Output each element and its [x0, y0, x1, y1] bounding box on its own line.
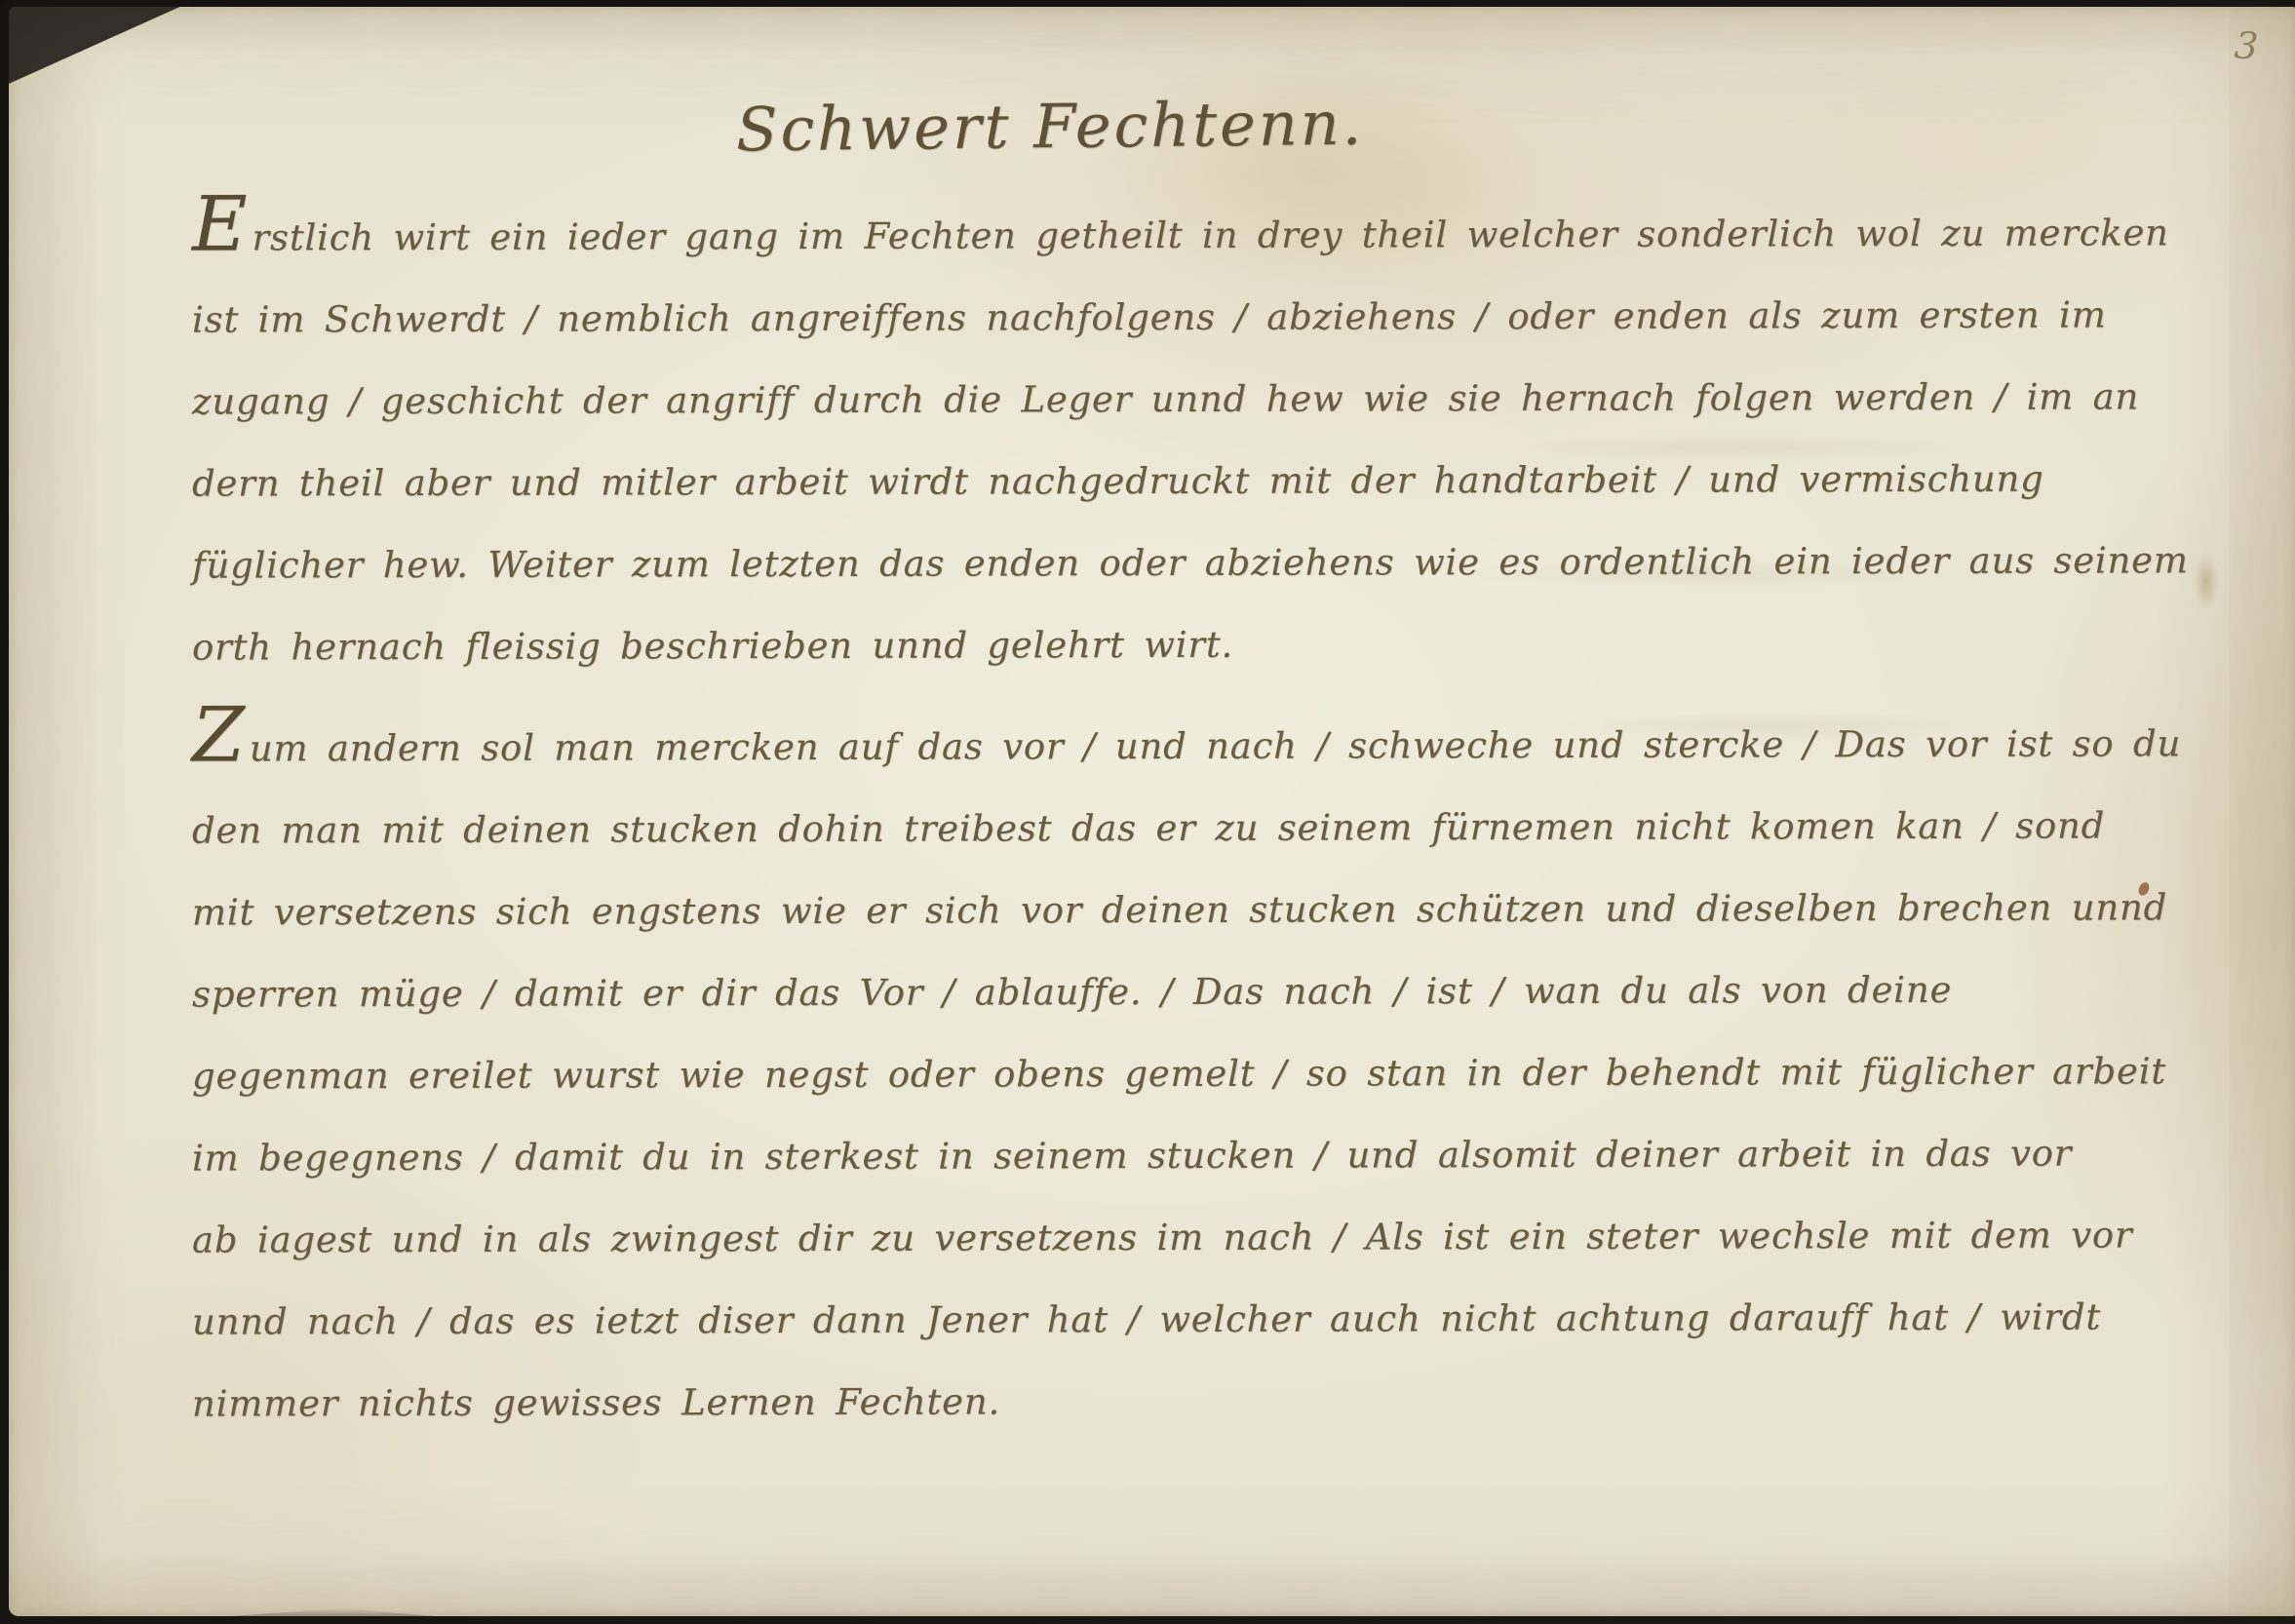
manuscript-line: füglicher hew. Weiter zum letzten das en… — [192, 520, 2139, 606]
manuscript-page: 3 Schwert Fechtenn. Erstlich wirt ein ie… — [9, 7, 2295, 1616]
manuscript-line: den man mit deinen stucken dohin treibes… — [192, 785, 2139, 871]
manuscript-line: mit versetzens sich engstens wie er sich… — [192, 867, 2139, 953]
folio-number: 3 — [2233, 23, 2259, 68]
manuscript-line: zugang / geschicht der angriff durch die… — [192, 356, 2139, 443]
paragraph-2: Zum andern sol man mercken auf das vor /… — [192, 706, 2139, 1443]
page-title: Schwert Fechtenn. — [736, 88, 1365, 166]
manuscript-line: sperren müge / damit er dir das Vor / ab… — [192, 948, 2139, 1035]
manuscript-line: unnd nach / das es ietzt diser dann Jene… — [192, 1276, 2139, 1363]
manuscript-line: Erstlich wirt ein ieder gang im Fechten … — [192, 192, 2139, 279]
manuscript-line: ist im Schwerdt / nemblich angreiffens n… — [192, 274, 2139, 361]
manuscript-line: nimmer nichts gewisses Lernen Fechten. — [192, 1358, 2139, 1445]
photo-frame: 3 Schwert Fechtenn. Erstlich wirt ein ie… — [0, 0, 2295, 1624]
manuscript-line: dern theil aber und mitler arbeit wirdt … — [192, 438, 2139, 524]
manuscript-line: Zum andern sol man mercken auf das vor /… — [192, 703, 2139, 790]
paragraph-1: Erstlich wirt ein ieder gang im Fechten … — [192, 195, 2139, 686]
text-block: Schwert Fechtenn. Erstlich wirt ein iede… — [192, 91, 2139, 1462]
manuscript-line: im begegnens / damit du in sterkest in s… — [192, 1112, 2139, 1199]
manuscript-line: orth hernach fleissig beschrieben unnd g… — [192, 601, 2139, 688]
manuscript-line: gegenman ereilet wurst wie negst oder ob… — [192, 1030, 2139, 1117]
manuscript-line: ab iagest und in als zwingest dir zu ver… — [192, 1194, 2139, 1281]
paper-blemish — [2194, 553, 2219, 611]
